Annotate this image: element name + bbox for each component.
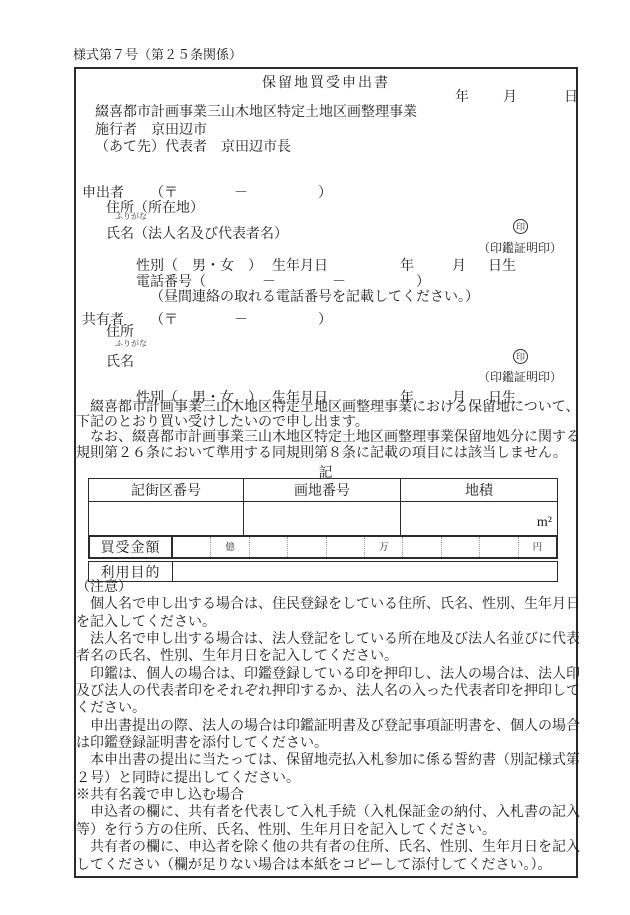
note-line: は印鑑登録証明書を添付してください。	[76, 735, 580, 752]
note-line: 及び法人の代表者印をそれぞれ押印するか、法人名の入った代表者印を押印して	[76, 683, 580, 700]
amount-digit-cell-oku: 億	[210, 537, 248, 557]
date-day-label: 日	[564, 86, 578, 106]
body-line: なお、綴喜都市計画事業三山木地区特定土地区画整理事業保留地処分に関する	[76, 430, 580, 445]
body-line: 下記のとおり買い受けしたいので申し出ます。	[76, 415, 580, 430]
block-number-cell	[89, 502, 244, 535]
area-unit: m²	[537, 515, 552, 531]
purchase-amount-row: 買受金額 億 万 円	[88, 535, 558, 559]
notes-section: （注意） 個人名で申し出する場合は、住民登録をしている住所、氏名、性別、生年月日…	[76, 579, 580, 874]
amount-digit-cell	[326, 537, 364, 557]
coowner-postal-field: （〒 － ）	[150, 309, 332, 329]
lot-table-data-row: m²	[89, 502, 557, 535]
project-name: 綴喜都市計画事業三山木地区特定土地区画整理事業	[95, 104, 417, 122]
note-line: 印鑑は、個人の場合は、印鑑登録している印を押印し、法人の場合は、法人印	[76, 666, 580, 683]
coowner-seal-mark-icon: 印	[513, 349, 528, 364]
lot-table-header-row: 記街区番号 画地番号 地積	[89, 479, 557, 502]
note-line: してください（欄が足りない場合は本紙をコピーして添付してください。）。	[76, 857, 580, 874]
date-year-label: 年	[455, 86, 469, 106]
applicant-name-label: 氏名（法人名及び代表者名）	[106, 223, 288, 243]
purchase-amount-label: 買受金額	[90, 537, 173, 557]
body-line: 規則第２６条において準用する同規則第８条に記載の項目には該当しません。	[76, 446, 580, 461]
note-line: 申出書提出の際、法人の場合は印鑑証明書及び登記事項証明書を、個人の場合	[76, 718, 580, 735]
lot-number-cell	[244, 502, 401, 535]
note-line: を記入してください。	[76, 614, 580, 631]
note-line: 申込者の欄に、共有者を代表して入札手続（入札保証金の納付、入札書の記入	[76, 804, 580, 821]
lot-table: 記街区番号 画地番号 地積 m²	[88, 478, 558, 536]
note-line: 個人名で申し出する場合は、住民登録をしている住所、氏名、性別、生年月日	[76, 596, 580, 613]
amount-digit-cell	[249, 537, 287, 557]
form-number: 様式第７号（第２５条関係）	[73, 44, 242, 63]
amount-digit-cell	[479, 537, 517, 557]
amount-digit-cell	[173, 537, 210, 557]
applicant-birth-day: 日生	[488, 255, 516, 275]
note-line: 法人名で申し出する場合は、法人登記をしている所在地及び法人名並びに代表	[76, 631, 580, 648]
note-line: 等）を行う方の住所、氏名、性別、生年月日を記入してください。	[76, 822, 580, 839]
amount-digit-cell-man: 万	[364, 537, 402, 557]
note-line-shared-heading: ※共有名義で申し込む場合	[76, 787, 580, 804]
applicant-birth-month: 月	[452, 255, 466, 275]
note-line: 共有者の欄に、申込者を除く他の共有者の住所、氏名、性別、生年月日を記入	[76, 839, 580, 856]
body-paragraphs: 綴喜都市計画事業三山木地区特定土地区画整理事業における保留地について、 下記のと…	[76, 400, 580, 461]
amount-digit-cell	[441, 537, 479, 557]
amount-digit-cell	[287, 537, 325, 557]
date-month-label: 月	[503, 86, 517, 106]
note-line: 者名の氏名、性別、生年月日を記入してください。	[76, 648, 580, 665]
applicant-furigana-label: ふりがな	[115, 211, 147, 222]
body-line: 綴喜都市計画事業三山木地区特定土地区画整理事業における保留地について、	[76, 400, 580, 415]
notes-heading: （注意）	[76, 579, 580, 596]
note-line: ください。	[76, 700, 580, 717]
amount-digit-cell-yen: 円	[518, 537, 556, 557]
amount-digit-cell	[402, 537, 440, 557]
applicant-seal-mark-icon: 印	[513, 219, 528, 234]
addressee-block: 綴喜都市計画事業三山木地区特定土地区画整理事業 施行者 京田辺市 （あて先）代表…	[95, 104, 417, 157]
coowner-name-label: 氏名	[106, 351, 134, 371]
note-line: 本申出書の提出に当たっては、保留地売払入札参加に係る誓約書（別記様式第	[76, 752, 580, 769]
applicant-phone-note: （昼間連絡の取れる電話番号を記載してください。）	[150, 286, 479, 306]
coowner-seal-note: （印鑑証明印）	[478, 368, 562, 385]
executor-line: 施行者 京田辺市	[95, 122, 417, 140]
lot-number-header: 画地番号	[244, 479, 401, 501]
note-line: ２号）と同時に提出してください。	[76, 770, 580, 787]
block-number-header: 記街区番号	[89, 479, 244, 501]
area-header: 地積	[401, 479, 557, 501]
addressee-line: （あて先）代表者 京田辺市長	[95, 139, 417, 157]
applicant-seal-note: （印鑑証明印）	[478, 239, 562, 256]
document-page: 様式第７号（第２５条関係） 保留地買受申出書 年 月 日 綴喜都市計画事業三山木…	[0, 0, 630, 915]
area-cell: m²	[401, 502, 557, 535]
coowner-furigana-label: ふりがな	[115, 338, 147, 349]
